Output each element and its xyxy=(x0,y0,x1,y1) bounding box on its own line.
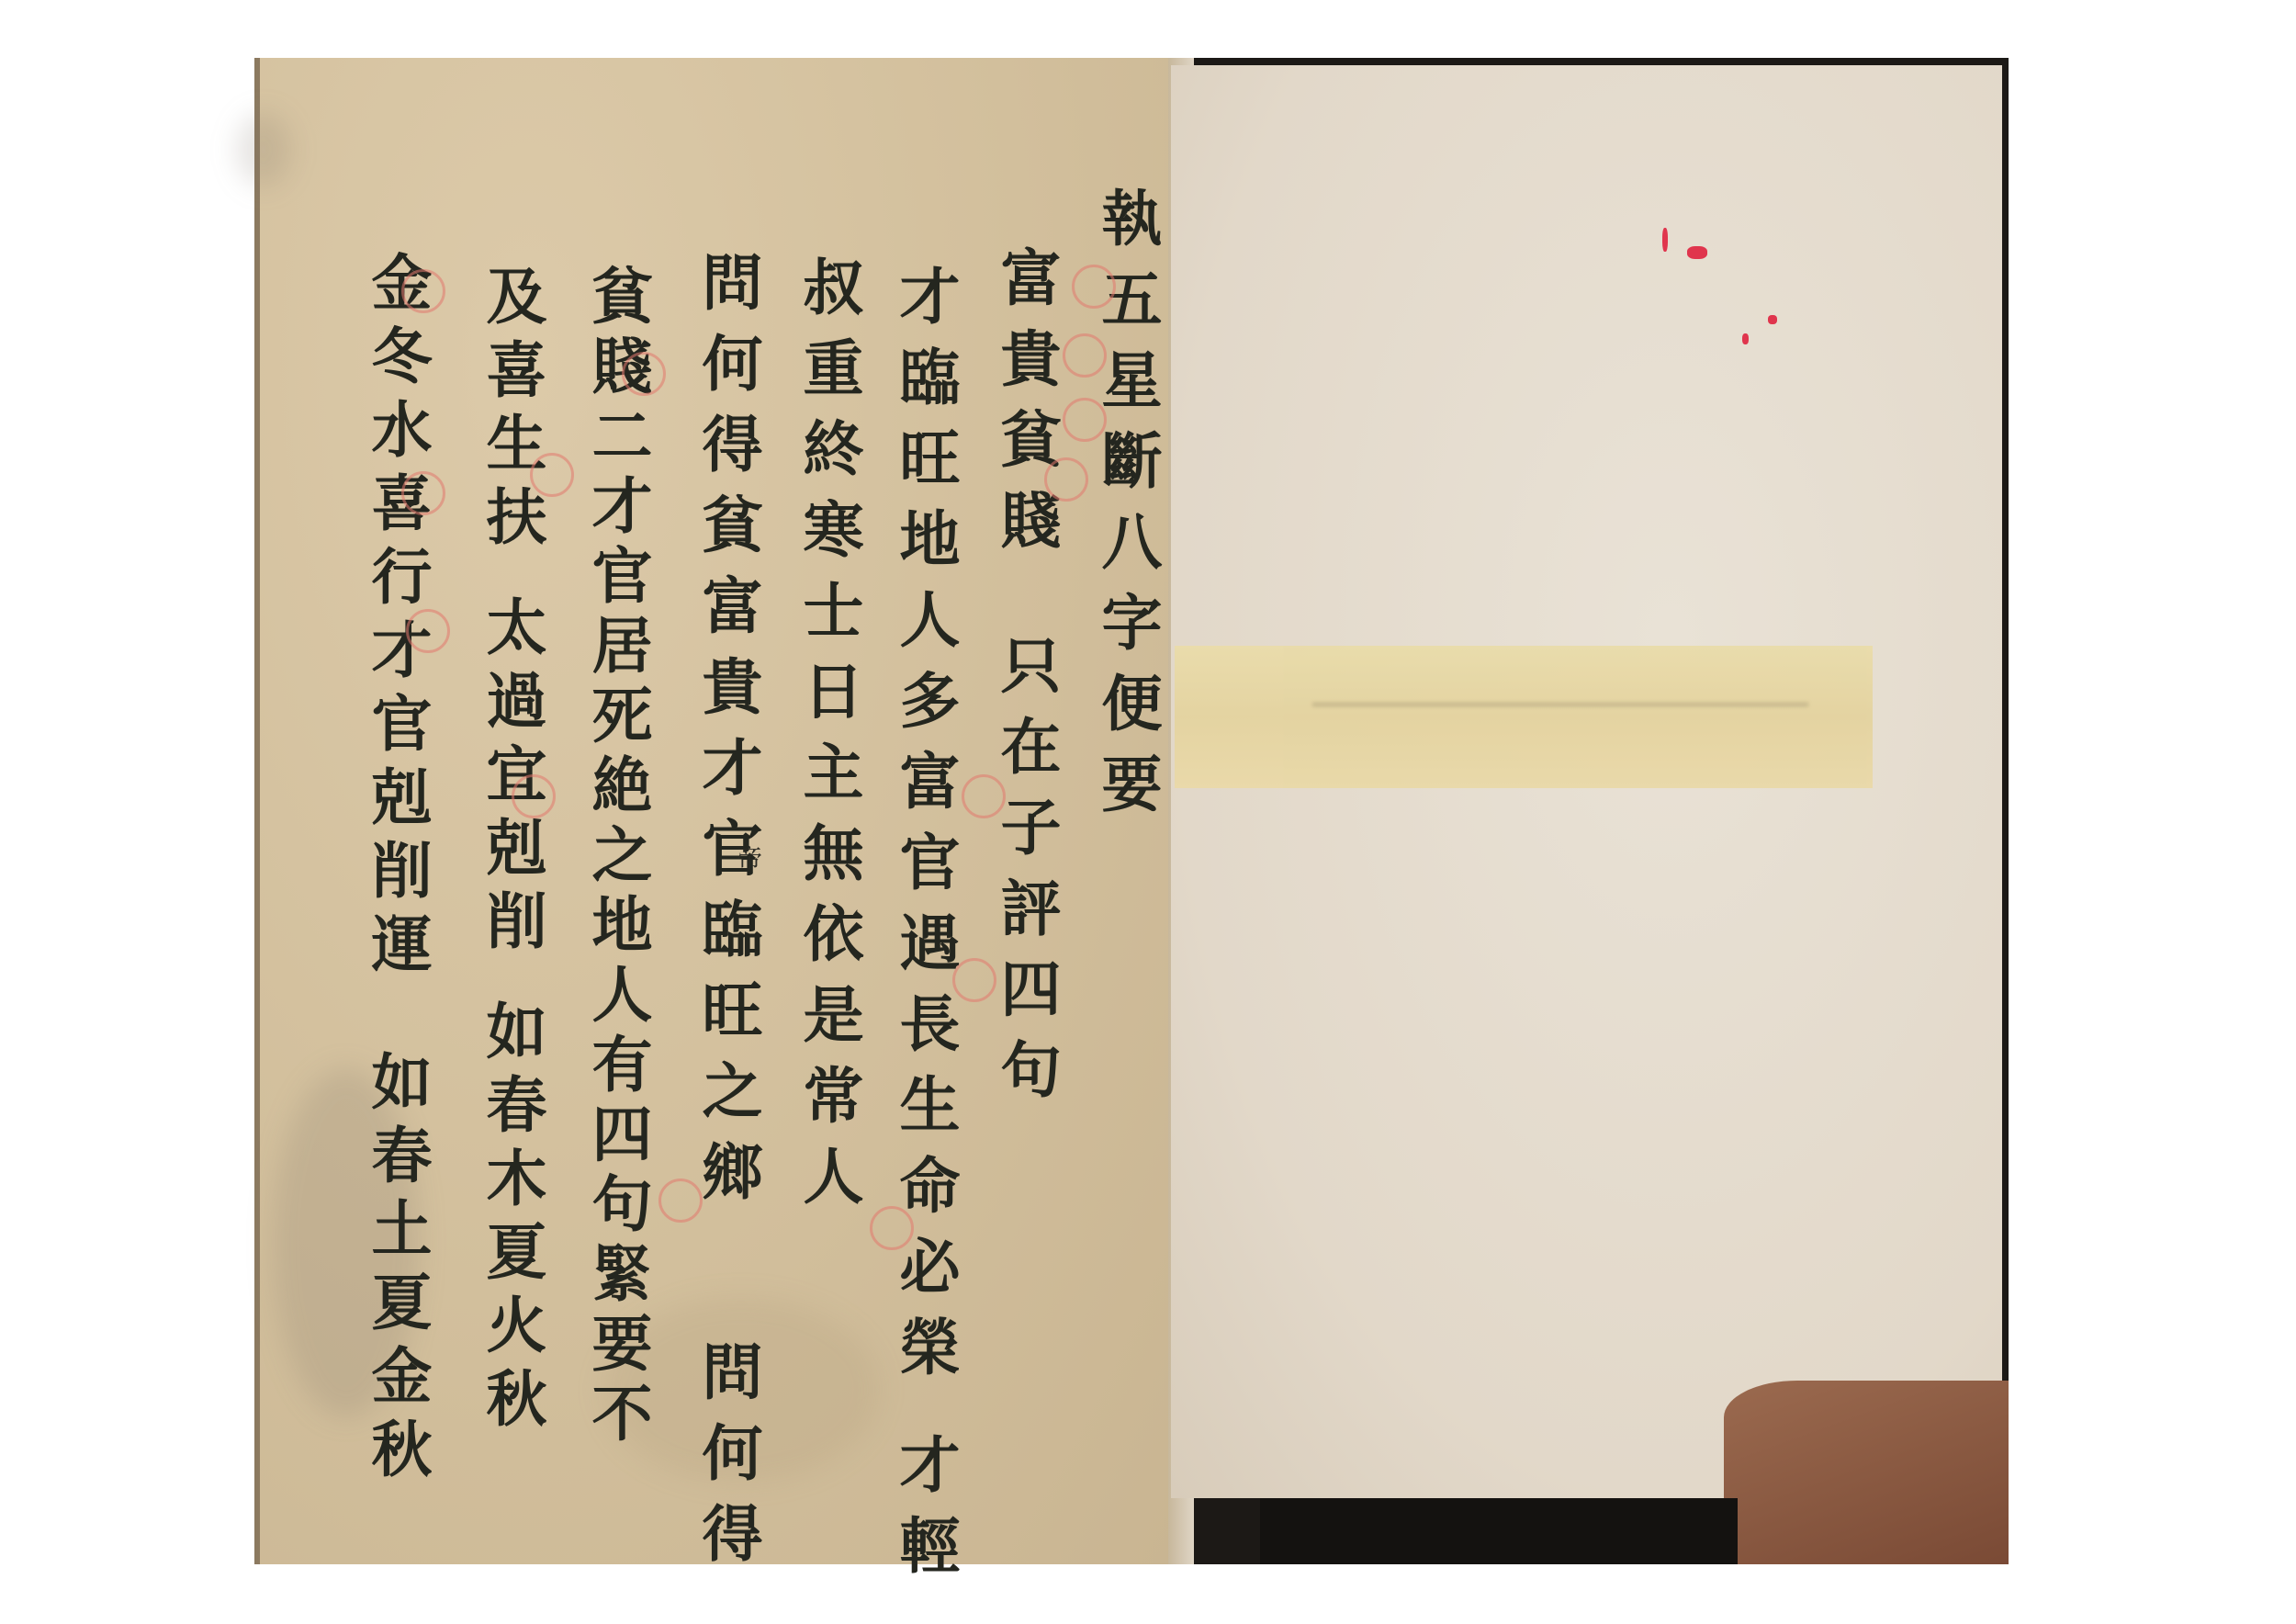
column-text: 貧賤二才官居死絶之地人有四句緊要不 xyxy=(580,265,654,1451)
red-circle-mark xyxy=(870,1206,914,1250)
text-column-7: 及喜生扶 太過宜剋削 如春木夏火秋 xyxy=(475,265,548,1440)
column-text: 如春木夏火秋 xyxy=(475,999,548,1440)
column-text: 才輕 xyxy=(888,1433,962,1595)
text-column-8: 金冬水喜行才官剋削運 如春土夏金秋 xyxy=(360,251,433,1491)
red-circle-mark xyxy=(406,609,450,653)
text-column-5: 問何得貧富貴才官臨旺之鄉 問何得 xyxy=(691,251,764,1583)
red-circle-mark xyxy=(1072,265,1116,309)
red-ink-speck xyxy=(1742,333,1749,344)
red-ink-speck xyxy=(1662,228,1668,252)
red-circle-mark xyxy=(658,1179,703,1223)
text-column-6: 貧賤二才官居死絶之地人有四句緊要不 xyxy=(580,265,654,1451)
column-text: 問何得 xyxy=(691,1340,764,1583)
red-circle-mark xyxy=(401,269,445,313)
red-circle-mark xyxy=(952,958,996,1002)
column-text: 只在子評四句 xyxy=(989,634,1063,1119)
text-column-2: 富貴貧賤 只在子評四句 xyxy=(989,246,1063,1119)
wood-surface-corner xyxy=(1724,1381,2009,1564)
red-circle-mark xyxy=(1063,398,1107,442)
text-columns: 執五星斷八字便要 富貴貧賤 只在子評四句 才臨旺地人多富官遇長生命必榮 才輕 叔… xyxy=(254,58,1168,1564)
tape-crease xyxy=(1312,703,1808,706)
marginal-annotation: 帝 xyxy=(737,839,762,875)
column-text: 及喜生扶 xyxy=(475,265,548,558)
red-circle-mark xyxy=(622,352,666,396)
red-circle-mark xyxy=(401,471,445,515)
text-column-3: 才臨旺地人多富官遇長生命必榮 才輕 xyxy=(888,265,962,1595)
red-circle-mark xyxy=(512,774,556,818)
red-circle-mark xyxy=(1063,333,1107,378)
red-circle-mark xyxy=(962,774,1006,818)
red-ink-speck xyxy=(1687,246,1707,259)
column-text: 富貴貧賤 xyxy=(989,246,1063,570)
red-ink-speck xyxy=(1768,315,1777,324)
column-text: 叔重終寒士日主無依是常人 xyxy=(792,255,865,1225)
red-circle-mark xyxy=(1044,457,1088,502)
book-scan: 執五星斷八字便要 富貴貧賤 只在子評四句 才臨旺地人多富官遇長生命必榮 才輕 叔… xyxy=(254,58,2009,1564)
adhesive-tape-strip xyxy=(1175,646,1873,788)
column-text: 問何得貧富貴才官臨旺之鄉 xyxy=(691,251,764,1221)
dark-background-gap xyxy=(1260,1498,1738,1564)
column-text: 如春土夏金秋 xyxy=(360,1050,433,1491)
text-column-4: 叔重終寒士日主無依是常人 xyxy=(792,255,865,1225)
red-circle-mark xyxy=(530,453,574,497)
